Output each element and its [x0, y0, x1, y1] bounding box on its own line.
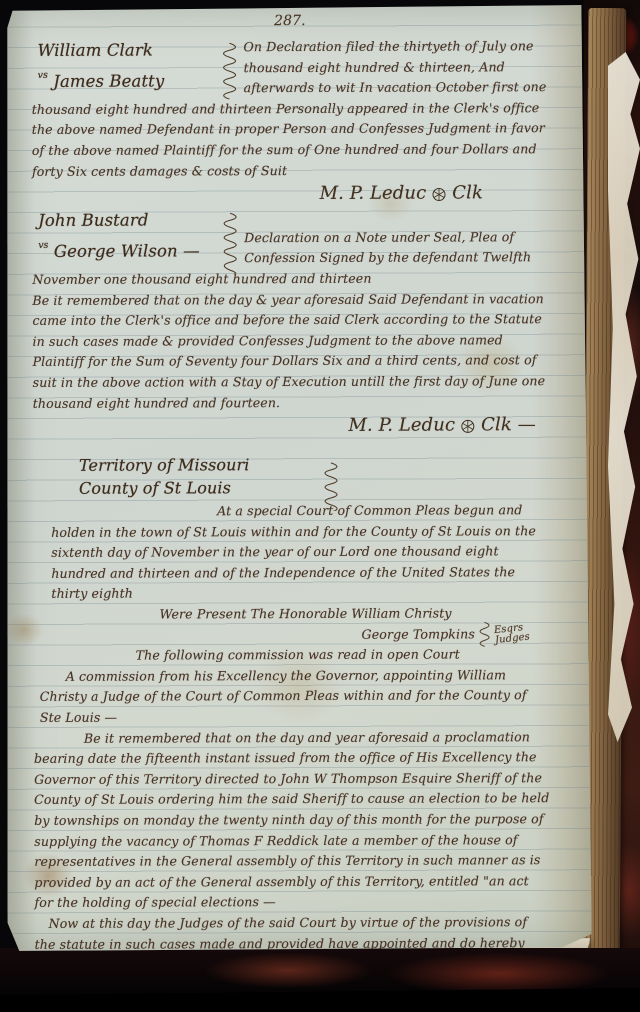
proclamation-paragraph: Be it remembered that on the day and yea… [34, 727, 552, 914]
bracket-squiggle-icon [478, 621, 492, 647]
versus-label: vs [38, 70, 48, 81]
entry-clark-v-beatty: William Clark vs James Beatty On Declara… [31, 36, 549, 182]
defendant-name: George Wilson — [54, 241, 200, 261]
clerk-signature: M. P. LeducClk — [33, 412, 550, 440]
entry-bustard-v-wilson: John Bustard vs George Wilson — Declarat… [32, 206, 550, 414]
jurisdiction-territory: Territory of Missouri [79, 453, 315, 477]
case-caption: John Bustard vs George Wilson — [32, 207, 244, 264]
manuscript-page: 287. William Clark vs James Beatty On De… [4, 5, 591, 951]
case-caption: William Clark vs James Beatty [31, 37, 243, 94]
commission-read-line: The following commission was read in ope… [136, 644, 551, 666]
clerk-seal-scribble-icon [430, 187, 448, 203]
clerk-seal-scribble-icon [459, 418, 477, 434]
judge-name: George Tompkins [362, 624, 475, 645]
page-content: 287. William Clark vs James Beatty On De… [4, 5, 591, 951]
bracket-squiggle-icon [219, 41, 239, 99]
entry-body: Be it remembered that on the day & year … [32, 289, 549, 414]
defendant-name: James Beatty [53, 71, 164, 90]
signature-name: M. P. Leduc [348, 415, 455, 436]
jurisdiction-county: County of St Louis [79, 476, 315, 500]
plaintiff-name: John Bustard [38, 207, 244, 233]
jurisdiction-heading: Territory of Missouri County of St Louis [79, 453, 315, 500]
bracket-squiggle-icon [321, 461, 341, 511]
signature-title: Clk [452, 183, 483, 204]
judges-title: Esqrs Judges [494, 622, 531, 646]
second-judge-line: George Tompkins Esqrs Judges [362, 624, 551, 645]
defendant-line: vs James Beatty [38, 62, 244, 94]
court-opening-paragraph: At a special Court of Common Pleas begun… [33, 500, 550, 605]
versus-label: vs [38, 240, 48, 251]
bracket-squiggle-icon [220, 211, 240, 273]
commission-paragraph: A commission from his Excellency the Gov… [34, 665, 551, 729]
signature-name: M. P. Leduc [320, 183, 427, 204]
page-number: 287. [31, 10, 548, 38]
plaintiff-name: William Clark [37, 37, 243, 63]
clerk-signature: M. P. LeducClk [32, 180, 549, 208]
signature-title: Clk — [481, 414, 536, 435]
defendant-line: vs George Wilson — [38, 232, 244, 264]
